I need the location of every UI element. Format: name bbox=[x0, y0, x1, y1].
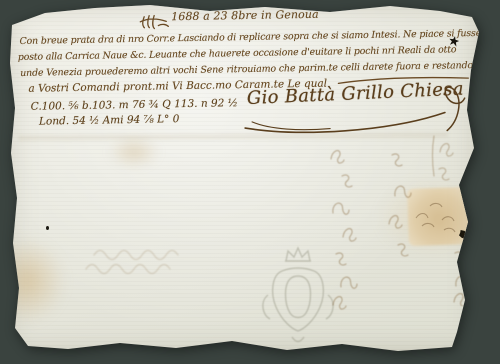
photo-background: 1688 a 23 8bre in Genoua Con breue prata… bbox=[0, 0, 500, 364]
letter-text-layer: 1688 a 23 8bre in Genoua Con breue prata… bbox=[5, 0, 485, 358]
body-line-1: Con breue prata dra di nro Corr.e Lascia… bbox=[20, 28, 482, 47]
body-line-2: posto alla Carrica Naue &c. Leuante che … bbox=[18, 44, 457, 63]
signature-underline-flourish bbox=[240, 104, 461, 140]
paraph-flourish-icon bbox=[137, 11, 171, 32]
photo-of-manuscript: { "scene": { "background_color": "#3a433… bbox=[0, 0, 500, 364]
figures-line-1: C.100. ⅚ b.103. m 76 ¾ Q 113. n 92 ½ bbox=[31, 97, 238, 113]
figures-line-2: Lond. 54 ½ Ami 94 ⅞ L° 0 bbox=[39, 113, 180, 127]
manuscript-paper: 1688 a 23 8bre in Genoua Con breue prata… bbox=[6, 2, 480, 354]
date-line: 1688 a 23 8bre in Genoua bbox=[171, 8, 319, 24]
body-line-3: unde Venezia prouederemo altri vochi Sen… bbox=[20, 60, 473, 79]
